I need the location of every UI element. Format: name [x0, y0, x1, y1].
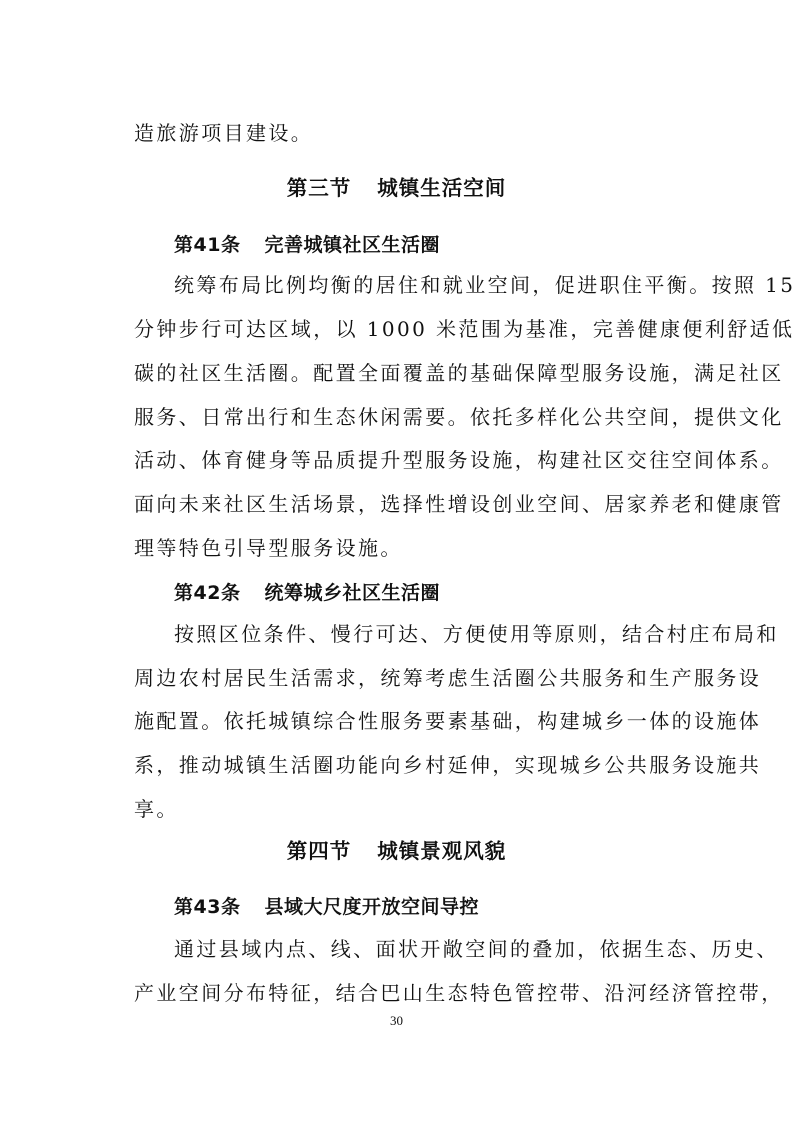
paragraph-line: 施配置。依托城镇综合性服务要素基础，构建城乡一体的设施体 [134, 709, 694, 733]
paragraph-line: 理等特色引导型服务设施。 [134, 536, 694, 560]
paragraph-line: 周边农村居民生活需求，统筹考虑生活圈公共服务和生产服务设 [134, 666, 694, 690]
section-heading-4: 第四节城镇景观风貌 [0, 834, 793, 864]
paragraph-line: 按照区位条件、慢行可达、方便使用等原则，结合村庄布局和 [174, 622, 694, 646]
paragraph-line: 通过县域内点、线、面状开敞空间的叠加，依据生态、历史、 [174, 937, 694, 961]
article-title: 完善城镇社区生活圈 [264, 234, 440, 256]
article-number: 第41条 [174, 234, 240, 256]
page-number: 30 [0, 1013, 793, 1029]
continuation-text: 造旅游项目建设。 [134, 121, 694, 145]
paragraph-line: 统筹布局比例均衡的居住和就业空间，促进职住平衡。按照 15 [174, 273, 694, 297]
paragraph-line: 分钟步行可达区域，以 1000 米范围为基准，完善健康便利舒适低 [134, 317, 694, 341]
paragraph-line: 产业空间分布特征，结合巴山生态特色管控带、沿河经济管控带， [134, 981, 694, 1005]
section-title: 城镇景观风貌 [377, 839, 506, 863]
section-number: 第三节 [287, 176, 352, 200]
article-heading-43: 第43条县域大尺度开放空间导控 [174, 892, 479, 919]
section-number: 第四节 [287, 839, 352, 863]
article-heading-41: 第41条完善城镇社区生活圈 [174, 230, 440, 257]
article-title: 统筹城乡社区生活圈 [264, 582, 440, 604]
article-title: 县域大尺度开放空间导控 [264, 896, 479, 918]
paragraph-line: 碳的社区生活圈。配置全面覆盖的基础保障型服务设施，满足社区 [134, 361, 694, 385]
paragraph-line: 面向未来社区生活场景，选择性增设创业空间、居家养老和健康管 [134, 492, 694, 516]
article-number: 第42条 [174, 582, 240, 604]
section-heading-3: 第三节城镇生活空间 [0, 171, 793, 201]
article-number: 第43条 [174, 896, 240, 918]
paragraph-line: 系，推动城镇生活圈功能向乡村延伸，实现城乡公共服务设施共 [134, 753, 694, 777]
paragraph-line: 服务、日常出行和生态休闲需要。依托多样化公共空间，提供文化 [134, 405, 694, 429]
paragraph-line: 活动、体育健身等品质提升型服务设施，构建社区交往空间体系。 [134, 448, 694, 472]
section-title: 城镇生活空间 [377, 176, 506, 200]
article-heading-42: 第42条统筹城乡社区生活圈 [174, 578, 440, 605]
paragraph-line: 享。 [134, 797, 694, 821]
